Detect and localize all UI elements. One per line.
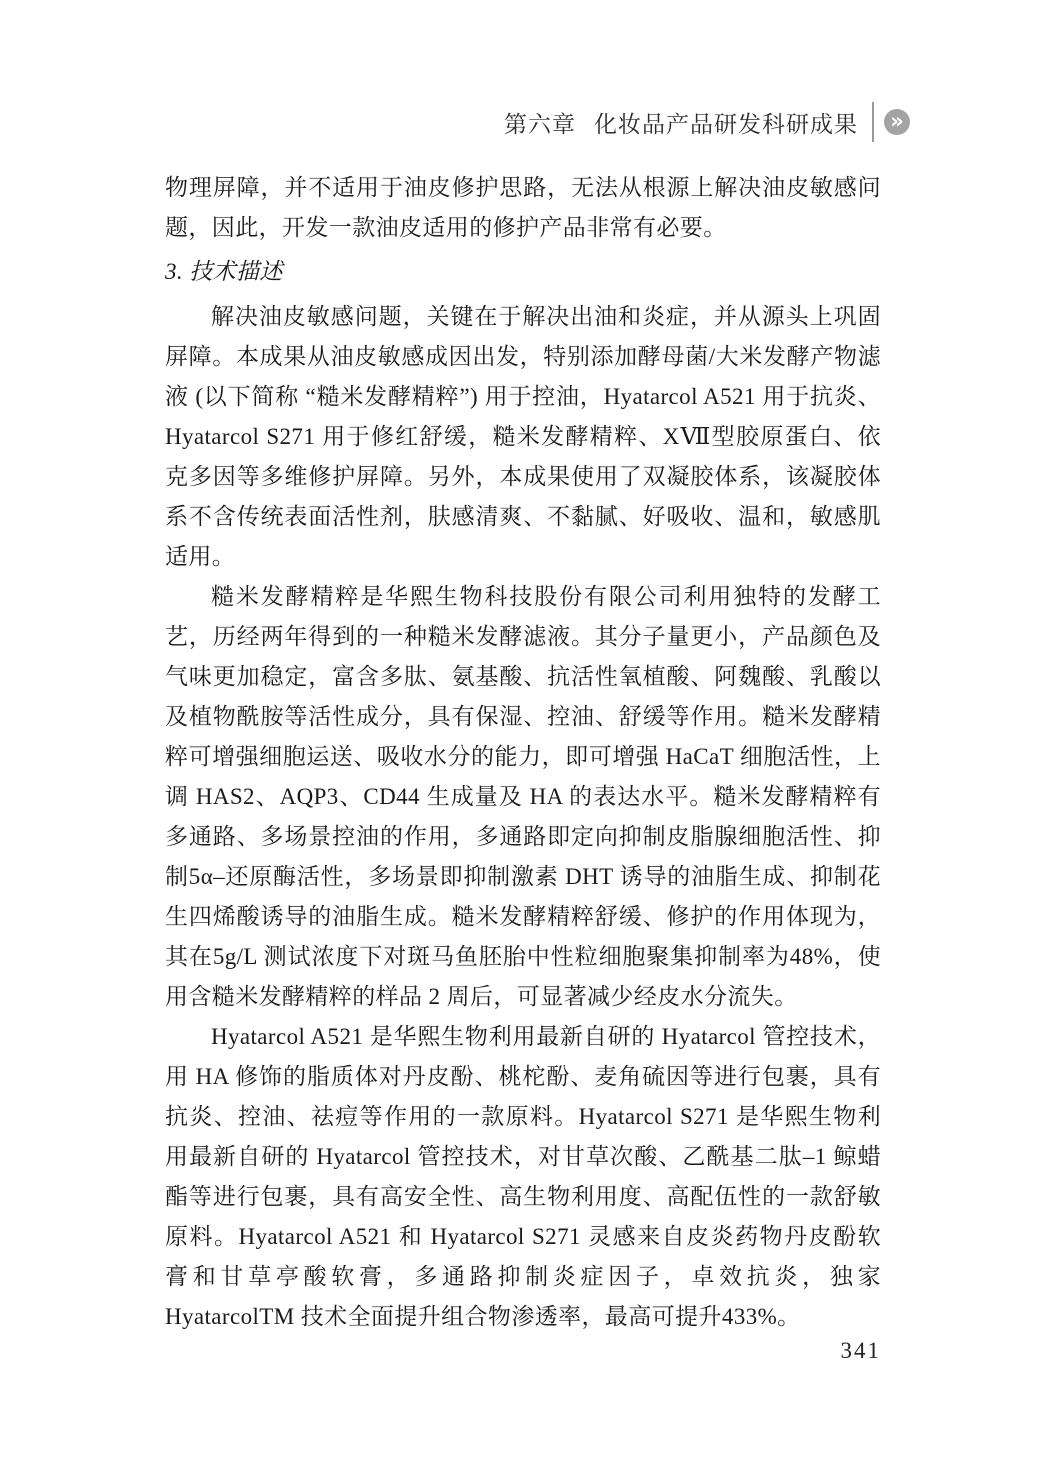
continuation-paragraph: 物理屏障，并不适用于油皮修护思路，无法从根源上解决油皮敏感问题，因此，开发一款油… — [165, 168, 881, 248]
section-heading: 3. 技术描述 — [165, 252, 881, 292]
chapter-title: 化妆品产品研发科研成果 — [594, 106, 858, 139]
paragraph-rice-ferment: 糙米发酵精粹是华熙生物科技股份有限公司利用独特的发酵工艺，历经两年得到的一种糙米… — [165, 577, 881, 1017]
page-number: 341 — [165, 1338, 881, 1364]
book-page: 第六章 化妆品产品研发科研成果 » 物理屏障，并不适用于油皮修护思路，无法从根源… — [0, 0, 1045, 1458]
paragraph-tech-overview: 解决油皮敏感问题，关键在于解决出油和炎症，并从源头上巩固屏障。本成果从油皮敏感成… — [165, 297, 881, 577]
body-text-block: 物理屏障，并不适用于油皮修护思路，无法从根源上解决油皮敏感问题，因此，开发一款油… — [165, 168, 881, 1337]
double-chevron-right-icon: » — [884, 109, 910, 135]
running-header: 第六章 化妆品产品研发科研成果 » — [504, 100, 910, 144]
paragraph-hyatarcol: Hyatarcol A521 是华熙生物利用最新自研的 Hyatarcol 管控… — [165, 1017, 881, 1337]
chapter-number: 第六章 — [504, 106, 576, 139]
header-divider — [872, 102, 874, 142]
